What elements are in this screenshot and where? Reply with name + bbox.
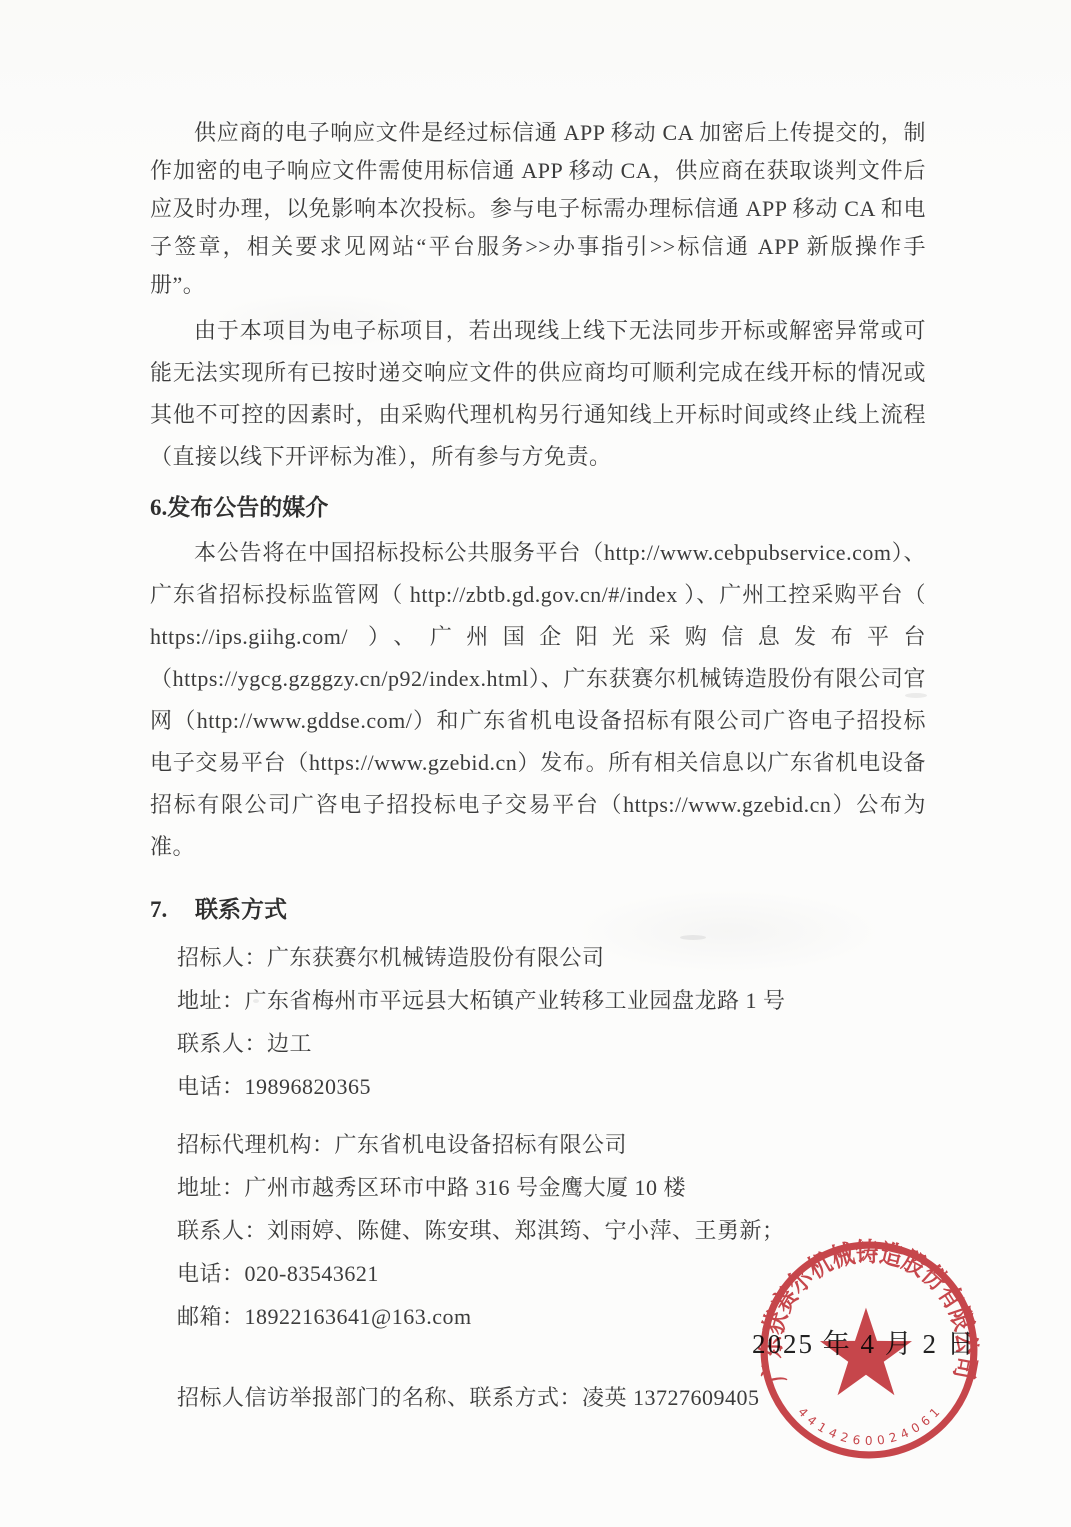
- tenderer-contact-block: 招标人：广东获赛尔机械铸造股份有限公司 地址：广东省梅州市平远县大柘镇产业转移工…: [177, 947, 926, 1098]
- agency-name-line: 招标代理机构：广东省机电设备招标有限公司: [177, 1134, 926, 1156]
- document-body: 供应商的电子响应文件是经过标信通 APP 移动 CA 加密后上传提交的，制作加密…: [150, 114, 926, 1410]
- tenderer-phone-line: 电话：19896820365: [177, 1076, 926, 1098]
- paragraph-electronic-bid-disclaimer: 由于本项目为电子标项目，若出现线上线下无法同步开标或解密异常或可能无法实现所有已…: [150, 310, 926, 478]
- section-7-number: 7.: [150, 894, 195, 926]
- agency-address-line: 地址：广州市越秀区环市中路 316 号金鹰大厦 10 楼: [177, 1177, 926, 1199]
- section-6-heading: 6.发布公告的媒介: [150, 492, 926, 524]
- paragraph-announcement-media: 本公告将在中国招标投标公共服务平台（http://www.cebpubservi…: [150, 532, 926, 868]
- section-7-heading: 7. 联系方式: [150, 894, 926, 926]
- scanned-document-page: { "document": { "paragraphs": { "p1": "供…: [0, 0, 1071, 1527]
- document-date: 2025 年 4 月 2 日: [752, 1322, 976, 1361]
- tenderer-contact-person-line: 联系人：边工: [177, 1033, 926, 1055]
- tenderer-address-line: 地址：广东省梅州市平远县大柘镇产业转移工业园盘龙路 1 号: [177, 990, 926, 1012]
- tenderer-name-line: 招标人：广东获赛尔机械铸造股份有限公司: [177, 947, 926, 969]
- section-7-title: 联系方式: [195, 894, 287, 926]
- paragraph-supplier-ca-requirements: 供应商的电子响应文件是经过标信通 APP 移动 CA 加密后上传提交的，制作加密…: [150, 114, 926, 304]
